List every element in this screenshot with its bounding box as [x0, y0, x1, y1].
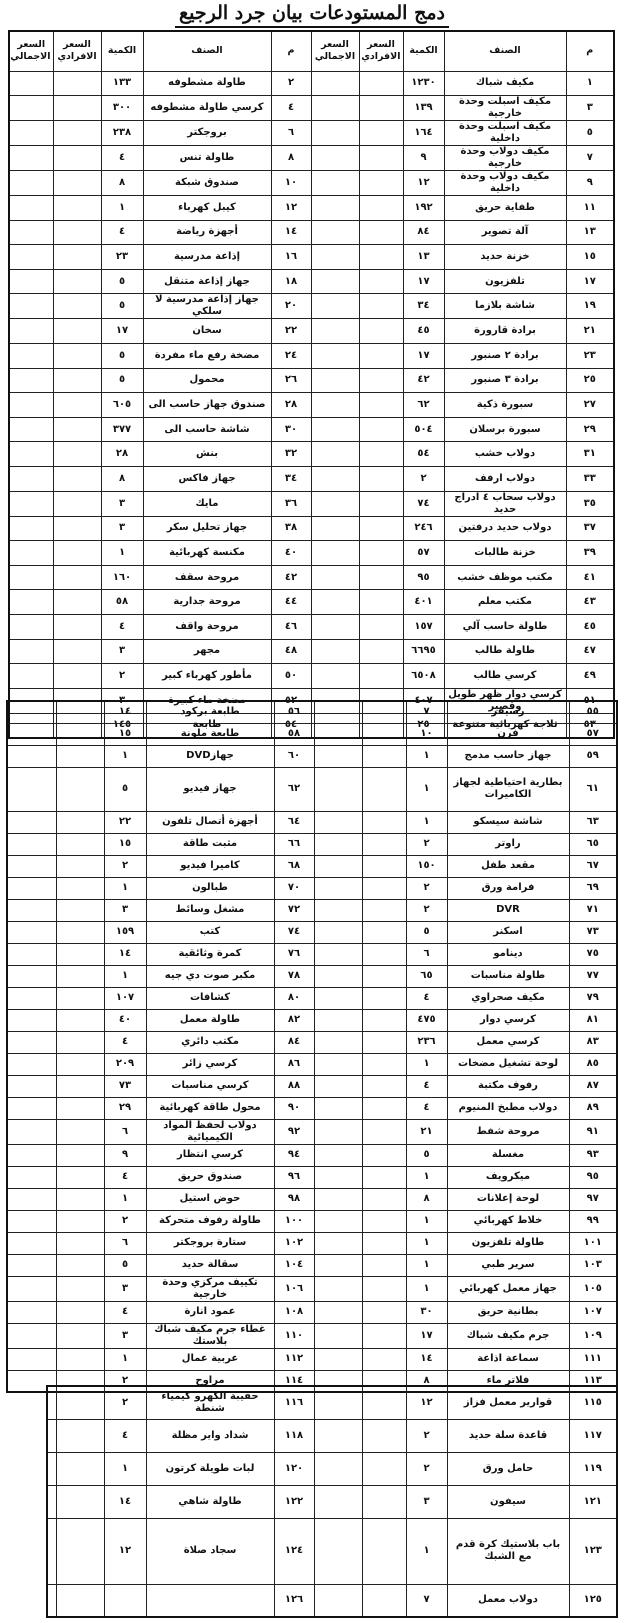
- row-number-cell: ٤٣: [566, 590, 614, 615]
- total-price-cell: [311, 541, 359, 566]
- table-row: ٧٣اسكنر٥٧٤كتب١٥٩: [7, 921, 617, 943]
- quantity-cell: ٤: [104, 1166, 146, 1188]
- item-name-cell: مروحة واقف: [143, 615, 271, 640]
- quantity-cell: ١٥٠: [406, 855, 447, 877]
- item-name-cell: صندوق حريق: [146, 1166, 274, 1188]
- item-name-cell: جهاز إذاعة متنقل: [143, 269, 271, 294]
- table-row: ٧١DVR٢٧٢مشغل وسائط٣: [7, 899, 617, 921]
- row-number-cell: ١٧: [566, 269, 614, 294]
- total-price-cell: [7, 1166, 56, 1188]
- total-price-cell: [314, 1075, 362, 1097]
- quantity-cell: ٩: [403, 146, 444, 171]
- unit-price-cell: [53, 639, 101, 664]
- table-row: ٤٧طاولة طالب٦٦٩٥٤٨مجهر٣: [9, 639, 614, 664]
- item-name-cell: خزنة حديد: [444, 245, 566, 270]
- row-number-cell: ٤٠: [271, 541, 311, 566]
- table-row: ٣مكيف اسبلت وحدة خارجية١٣٩٤كرسي طاولة مش…: [9, 96, 614, 121]
- unit-price-cell: [56, 1031, 104, 1053]
- unit-price-cell: [362, 1584, 406, 1617]
- row-number-cell: ٧٤: [274, 921, 314, 943]
- row-number-cell: ٦٣: [569, 811, 617, 833]
- unit-price-cell: [359, 541, 403, 566]
- table-row: ١٢٥دولاب معمل٧١٢٦: [47, 1584, 617, 1617]
- table-body-part-1: ١مكيف شباك١٢٣٠٢طاولة مشطوفه١٣٣٣مكيف اسبل…: [9, 71, 614, 738]
- quantity-cell: ٢: [406, 1419, 447, 1452]
- table-row: ١٢٣باب بلاستيك كرة قدم مع الشبك١١٢٤سجاد …: [47, 1518, 617, 1584]
- total-price-cell: [9, 96, 53, 121]
- quantity-cell: ٤: [104, 1419, 146, 1452]
- quantity-cell: ٦٢: [403, 393, 444, 418]
- quantity-cell: ١: [406, 1276, 447, 1301]
- item-name-cell: طابعة بركود: [146, 701, 274, 723]
- item-name-cell: مكنسة كهربائية: [143, 541, 271, 566]
- total-price-cell: [47, 1386, 56, 1419]
- row-number-cell: ١١٠: [274, 1323, 314, 1348]
- unit-price-cell: [53, 541, 101, 566]
- item-name-cell: كرسي طاولة مشطوفه: [143, 96, 271, 121]
- row-number-cell: ٢٩: [566, 417, 614, 442]
- total-price-cell: [47, 1485, 56, 1518]
- item-name-cell: مجهر: [143, 639, 271, 664]
- item-name-cell: مشغل وسائط: [146, 899, 274, 921]
- total-price-cell: [311, 615, 359, 640]
- quantity-cell: ٦٥٠٨: [403, 664, 444, 689]
- table-row: ١٩شاشة بلازما٣٤٢٠جهاز إذاعة مدرسية لا سل…: [9, 294, 614, 319]
- unit-price-cell: [362, 1053, 406, 1075]
- total-price-cell: [314, 1031, 362, 1053]
- row-number-cell: ٧: [566, 146, 614, 171]
- item-name-cell: شاشة حاسب الى: [143, 417, 271, 442]
- row-number-cell: ٦٦: [274, 833, 314, 855]
- table-row: ١١٥قوارير معمل فزاز١٢١١٦حقيبة الكهرو كيم…: [47, 1386, 617, 1419]
- total-price-cell: [7, 1031, 56, 1053]
- item-name-cell: طبالون: [146, 877, 274, 899]
- unit-price-cell: [359, 368, 403, 393]
- total-price-cell: [9, 269, 53, 294]
- item-name-cell: جهاز فيديو: [146, 767, 274, 811]
- quantity-cell: ٤: [101, 615, 143, 640]
- quantity-cell: ٣٠٠: [101, 96, 143, 121]
- quantity-cell: ٦٥: [406, 965, 447, 987]
- total-price-cell: [311, 121, 359, 146]
- total-price-cell: [311, 442, 359, 467]
- row-number-cell: ٤١: [566, 565, 614, 590]
- item-name-cell: صندوق جهاز حاسب الى: [143, 393, 271, 418]
- unit-price-cell: [362, 833, 406, 855]
- item-name-cell: جهاز إذاعة مدرسية لا سلكي: [143, 294, 271, 319]
- total-price-cell: [9, 664, 53, 689]
- unit-price-cell: [359, 121, 403, 146]
- row-number-cell: ١٠٣: [569, 1254, 617, 1276]
- row-number-cell: ٩٣: [569, 1144, 617, 1166]
- unit-price-cell: [56, 1188, 104, 1210]
- total-price-cell: [314, 1210, 362, 1232]
- row-number-cell: ١٢١: [569, 1485, 617, 1518]
- total-price-cell: [7, 701, 56, 723]
- unit-price-cell: [53, 344, 101, 369]
- row-number-cell: ٩٨: [274, 1188, 314, 1210]
- row-number-cell: ٤٨: [271, 639, 311, 664]
- quantity-cell: ٢: [104, 855, 146, 877]
- unit-price-cell: [359, 96, 403, 121]
- unit-price-cell: [56, 1254, 104, 1276]
- item-name-cell: آلة تصوير: [444, 220, 566, 245]
- unit-price-cell: [56, 1097, 104, 1119]
- inventory-table-part-3: ١١٥قوارير معمل فزاز١٢١١٦حقيبة الكهرو كيم…: [46, 1385, 618, 1618]
- item-name-cell: مكيف دولاب وحدة خارجية: [444, 146, 566, 171]
- unit-price-cell: [362, 877, 406, 899]
- item-name-cell: مقعد طفل: [447, 855, 569, 877]
- quantity-cell: ١: [406, 1053, 447, 1075]
- item-name-cell: دولاب سحاب ٤ ادراج حديد: [444, 491, 566, 516]
- table-row: ٦٩فرامة ورق٢٧٠طبالون١: [7, 877, 617, 899]
- total-price-cell: [9, 541, 53, 566]
- total-price-cell: [311, 344, 359, 369]
- item-name-cell: جرم مكيف شباك: [447, 1323, 569, 1348]
- item-name-cell: كاميرا فيديو: [146, 855, 274, 877]
- quantity-cell: ١: [101, 196, 143, 221]
- table-row: ١مكيف شباك١٢٣٠٢طاولة مشطوفه١٣٣: [9, 71, 614, 96]
- item-name-cell: طاولة رفوف متحركة: [146, 1210, 274, 1232]
- quantity-cell: ٢: [406, 877, 447, 899]
- unit-price-cell: [53, 615, 101, 640]
- row-number-cell: ١٠٩: [569, 1323, 617, 1348]
- item-name-cell: برادة قارورة: [444, 319, 566, 344]
- row-number-cell: ٩٠: [274, 1097, 314, 1119]
- total-price-cell: [7, 1323, 56, 1348]
- table-row: ١٠١طاولة تلفزيون١١٠٢ستارة بروجكتر٦: [7, 1232, 617, 1254]
- row-number-cell: ٨٩: [569, 1097, 617, 1119]
- unit-price-cell: [359, 319, 403, 344]
- total-price-cell: [7, 1009, 56, 1031]
- unit-price-cell: [53, 269, 101, 294]
- row-number-cell: ٩٤: [274, 1144, 314, 1166]
- total-price-cell: [311, 664, 359, 689]
- unit-price-cell: [56, 1119, 104, 1144]
- unit-price-cell: [53, 393, 101, 418]
- item-name-cell: رفوف مكتبة: [447, 1075, 569, 1097]
- quantity-cell: ٦: [104, 1119, 146, 1144]
- row-number-cell: ٣٣: [566, 467, 614, 492]
- quantity-cell: ٤٢: [403, 368, 444, 393]
- table-row: ٢٧سبورة ذكية٦٢٢٨صندوق جهاز حاسب الى٦٠٥: [9, 393, 614, 418]
- quantity-cell: ١: [406, 767, 447, 811]
- row-number-cell: ٨٢: [274, 1009, 314, 1031]
- total-price-cell: [7, 1119, 56, 1144]
- quantity-cell: ٤: [406, 1097, 447, 1119]
- total-price-cell: [9, 368, 53, 393]
- quantity-cell: ٣: [104, 1323, 146, 1348]
- row-number-cell: ٢٨: [271, 393, 311, 418]
- unit-price-cell: [362, 943, 406, 965]
- quantity-cell: ٤: [406, 987, 447, 1009]
- unit-price-cell: [56, 1584, 104, 1617]
- item-name-cell: لوحة تشغيل مضخات: [447, 1053, 569, 1075]
- quantity-cell: ١٧: [406, 1323, 447, 1348]
- total-price-cell: [9, 196, 53, 221]
- quantity-cell: ١: [406, 1518, 447, 1584]
- quantity-cell: ٣: [101, 639, 143, 664]
- row-number-cell: ٨: [271, 146, 311, 171]
- row-number-cell: ١٠٠: [274, 1210, 314, 1232]
- unit-price-cell: [53, 71, 101, 96]
- total-price-cell: [9, 171, 53, 196]
- unit-price-cell: [362, 1386, 406, 1419]
- quantity-cell: [104, 1584, 146, 1617]
- item-name-cell: ستارة بروجكتر: [146, 1232, 274, 1254]
- table-row: ٣٥دولاب سحاب ٤ ادراج حديد٧٤٣٦مايك٣: [9, 491, 614, 516]
- item-name-cell: فرن: [447, 723, 569, 745]
- unit-price-cell: [56, 1518, 104, 1584]
- unit-price-cell: [56, 1485, 104, 1518]
- header-item: الصنف: [444, 31, 566, 71]
- quantity-cell: ٢: [101, 664, 143, 689]
- quantity-cell: ٩: [104, 1144, 146, 1166]
- unit-price-cell: [359, 491, 403, 516]
- total-price-cell: [7, 723, 56, 745]
- quantity-cell: ١: [104, 1188, 146, 1210]
- item-name-cell: طاولة حاسب آلي: [444, 615, 566, 640]
- row-number-cell: ١٠٤: [274, 1254, 314, 1276]
- total-price-cell: [311, 245, 359, 270]
- row-number-cell: ٢٢: [271, 319, 311, 344]
- total-price-cell: [7, 987, 56, 1009]
- table-row: ٩٥ميكرويف١٩٦صندوق حريق٤: [7, 1166, 617, 1188]
- quantity-cell: ١٣: [403, 245, 444, 270]
- unit-price-cell: [56, 987, 104, 1009]
- item-name-cell: سقالة حديد: [146, 1254, 274, 1276]
- quantity-cell: ١٥٩: [104, 921, 146, 943]
- table-row: ٧مكيف دولاب وحدة خارجية٩٨طاولة تنس٤: [9, 146, 614, 171]
- item-name-cell: كرسي معمل: [447, 1031, 569, 1053]
- total-price-cell: [311, 294, 359, 319]
- total-price-cell: [314, 1323, 362, 1348]
- unit-price-cell: [362, 767, 406, 811]
- row-number-cell: ١١: [566, 196, 614, 221]
- row-number-cell: ٤٢: [271, 565, 311, 590]
- total-price-cell: [311, 516, 359, 541]
- item-name-cell: جهازDVD: [146, 745, 274, 767]
- item-name-cell: كمرة وثائقية: [146, 943, 274, 965]
- quantity-cell: ٢٣٦: [406, 1031, 447, 1053]
- total-price-cell: [9, 71, 53, 96]
- unit-price-cell: [53, 294, 101, 319]
- total-price-cell: [9, 516, 53, 541]
- total-price-cell: [311, 146, 359, 171]
- row-number-cell: ١٤: [271, 220, 311, 245]
- quantity-cell: ١٢: [104, 1518, 146, 1584]
- total-price-cell: [47, 1584, 56, 1617]
- row-number-cell: ٣٥: [566, 491, 614, 516]
- quantity-cell: ٢٣٨: [101, 121, 143, 146]
- item-name-cell: طابعة ملونة: [146, 723, 274, 745]
- table-row: ٦٥راوتر٢٦٦مثبت طاقة١٥: [7, 833, 617, 855]
- quantity-cell: ١٠: [406, 723, 447, 745]
- table-row: ٦١بطارية احتياطية لجهاز الكاميرات١٦٢جهاز…: [7, 767, 617, 811]
- total-price-cell: [7, 943, 56, 965]
- item-name-cell: كتب: [146, 921, 274, 943]
- table-row: ٢٣برادة ٢ صنبور١٧٢٤مضخة رفع ماء مفردة٥: [9, 344, 614, 369]
- unit-price-cell: [56, 1276, 104, 1301]
- total-price-cell: [314, 1166, 362, 1188]
- total-price-cell: [9, 294, 53, 319]
- quantity-cell: ١٤: [104, 701, 146, 723]
- row-number-cell: ١٨: [271, 269, 311, 294]
- quantity-cell: ١٦٠: [101, 565, 143, 590]
- total-price-cell: [314, 987, 362, 1009]
- quantity-cell: ٥: [406, 1144, 447, 1166]
- item-name-cell: جهاز فاكس: [143, 467, 271, 492]
- item-name-cell: لوحة إعلانات: [447, 1188, 569, 1210]
- quantity-cell: ١٤: [104, 1485, 146, 1518]
- unit-price-cell: [362, 855, 406, 877]
- total-price-cell: [314, 921, 362, 943]
- item-name-cell: مروحة سقف: [143, 565, 271, 590]
- row-number-cell: ٦١: [569, 767, 617, 811]
- item-name-cell: عمود انارة: [146, 1301, 274, 1323]
- row-number-cell: ١٠٧: [569, 1301, 617, 1323]
- item-name-cell: مغسلة: [447, 1144, 569, 1166]
- quantity-cell: ١: [406, 745, 447, 767]
- total-price-cell: [314, 745, 362, 767]
- item-name-cell: دولاب خشب: [444, 442, 566, 467]
- row-number-cell: ٣٠: [271, 417, 311, 442]
- total-price-cell: [311, 393, 359, 418]
- total-price-cell: [9, 146, 53, 171]
- unit-price-cell: [56, 701, 104, 723]
- total-price-cell: [314, 1119, 362, 1144]
- total-price-cell: [9, 245, 53, 270]
- total-price-cell: [314, 1348, 362, 1370]
- header-qty: الكمية: [403, 31, 444, 71]
- unit-price-cell: [359, 639, 403, 664]
- item-name-cell: مكتب دائري: [146, 1031, 274, 1053]
- item-name-cell: بروجكتر: [143, 121, 271, 146]
- unit-price-cell: [362, 1348, 406, 1370]
- item-name-cell: عربية عمال: [146, 1348, 274, 1370]
- table-row: ٣٣دولاب ارفف٢٣٤جهاز فاكس٨: [9, 467, 614, 492]
- unit-price-cell: [362, 899, 406, 921]
- item-name-cell: حقيبة الكهرو كيمياء شنطة: [146, 1386, 274, 1419]
- item-name-cell: فرامة ورق: [447, 877, 569, 899]
- row-number-cell: ٩٦: [274, 1166, 314, 1188]
- unit-price-cell: [53, 319, 101, 344]
- item-name-cell: دولاب مطبخ المنيوم: [447, 1097, 569, 1119]
- unit-price-cell: [359, 590, 403, 615]
- quantity-cell: ٢٣: [101, 245, 143, 270]
- total-price-cell: [7, 1254, 56, 1276]
- quantity-cell: ٦٠٥: [101, 393, 143, 418]
- row-number-cell: ٣٦: [271, 491, 311, 516]
- item-name-cell: طفاية حريق: [444, 196, 566, 221]
- unit-price-cell: [362, 1452, 406, 1485]
- unit-price-cell: [362, 811, 406, 833]
- total-price-cell: [47, 1452, 56, 1485]
- unit-price-cell: [53, 442, 101, 467]
- unit-price-cell: [359, 516, 403, 541]
- item-name-cell: حامل ورق: [447, 1452, 569, 1485]
- row-number-cell: ٢٦: [271, 368, 311, 393]
- item-name-cell: صندوق شبكة: [143, 171, 271, 196]
- unit-price-cell: [362, 1210, 406, 1232]
- row-number-cell: ١١٨: [274, 1419, 314, 1452]
- unit-price-cell: [362, 1232, 406, 1254]
- quantity-cell: ٤٥: [403, 319, 444, 344]
- row-number-cell: ١١٥: [569, 1386, 617, 1419]
- unit-price-cell: [359, 146, 403, 171]
- row-number-cell: ٩٢: [274, 1119, 314, 1144]
- item-name-cell: مكيف شباك: [444, 71, 566, 96]
- total-price-cell: [7, 1075, 56, 1097]
- header-qty: الكمية: [101, 31, 143, 71]
- total-price-cell: [314, 1144, 362, 1166]
- row-number-cell: ٧١: [569, 899, 617, 921]
- unit-price-cell: [56, 1386, 104, 1419]
- row-number-cell: ٦٨: [274, 855, 314, 877]
- quantity-cell: ١٢: [403, 171, 444, 196]
- quantity-cell: ٢١: [406, 1119, 447, 1144]
- quantity-cell: ٣٤: [403, 294, 444, 319]
- row-number-cell: ١١٩: [569, 1452, 617, 1485]
- header-total-price: السعر الاجمالي: [311, 31, 359, 71]
- quantity-cell: ٢: [406, 899, 447, 921]
- row-number-cell: ٩: [566, 171, 614, 196]
- total-price-cell: [314, 1419, 362, 1452]
- row-number-cell: ٥٩: [569, 745, 617, 767]
- row-number-cell: ١٩: [566, 294, 614, 319]
- table-header-row: م الصنف الكمية السعر الافرادي السعر الاج…: [9, 31, 614, 71]
- total-price-cell: [311, 96, 359, 121]
- row-number-cell: ٨٠: [274, 987, 314, 1009]
- unit-price-cell: [359, 220, 403, 245]
- row-number-cell: ١٣: [566, 220, 614, 245]
- quantity-cell: ١٧: [403, 344, 444, 369]
- item-name-cell: سجاد صلاة: [146, 1518, 274, 1584]
- table-row: ١٧تلفزيون١٧١٨جهاز إذاعة متنقل٥: [9, 269, 614, 294]
- row-number-cell: ١: [566, 71, 614, 96]
- quantity-cell: ٤: [101, 146, 143, 171]
- item-name-cell: راوتر: [447, 833, 569, 855]
- total-price-cell: [314, 701, 362, 723]
- item-name-cell: دولاب لحفظ المواد الكيميائية: [146, 1119, 274, 1144]
- item-name-cell: كشافات: [146, 987, 274, 1009]
- row-number-cell: ٦٩: [569, 877, 617, 899]
- quantity-cell: ٤: [104, 1301, 146, 1323]
- item-name-cell: دولاب حديد درفتين: [444, 516, 566, 541]
- item-name-cell: دينامو: [447, 943, 569, 965]
- row-number-cell: ١١١: [569, 1348, 617, 1370]
- row-number-cell: ١١٦: [274, 1386, 314, 1419]
- row-number-cell: ٤٤: [271, 590, 311, 615]
- quantity-cell: ١: [406, 1210, 447, 1232]
- quantity-cell: ١٤: [104, 943, 146, 965]
- row-number-cell: ٩٩: [569, 1210, 617, 1232]
- quantity-cell: ١٤: [406, 1348, 447, 1370]
- row-number-cell: ٨٣: [569, 1031, 617, 1053]
- unit-price-cell: [359, 467, 403, 492]
- item-name-cell: طاولة مشطوفه: [143, 71, 271, 96]
- row-number-cell: ٥٦: [274, 701, 314, 723]
- row-number-cell: ١٠٥: [569, 1276, 617, 1301]
- unit-price-cell: [56, 921, 104, 943]
- item-name-cell: رسيفر: [447, 701, 569, 723]
- item-name-cell: مكبر صوت دي جيه: [146, 965, 274, 987]
- total-price-cell: [7, 965, 56, 987]
- total-price-cell: [7, 1301, 56, 1323]
- quantity-cell: ٦: [406, 943, 447, 965]
- quantity-cell: ٥: [101, 269, 143, 294]
- row-number-cell: ٦٥: [569, 833, 617, 855]
